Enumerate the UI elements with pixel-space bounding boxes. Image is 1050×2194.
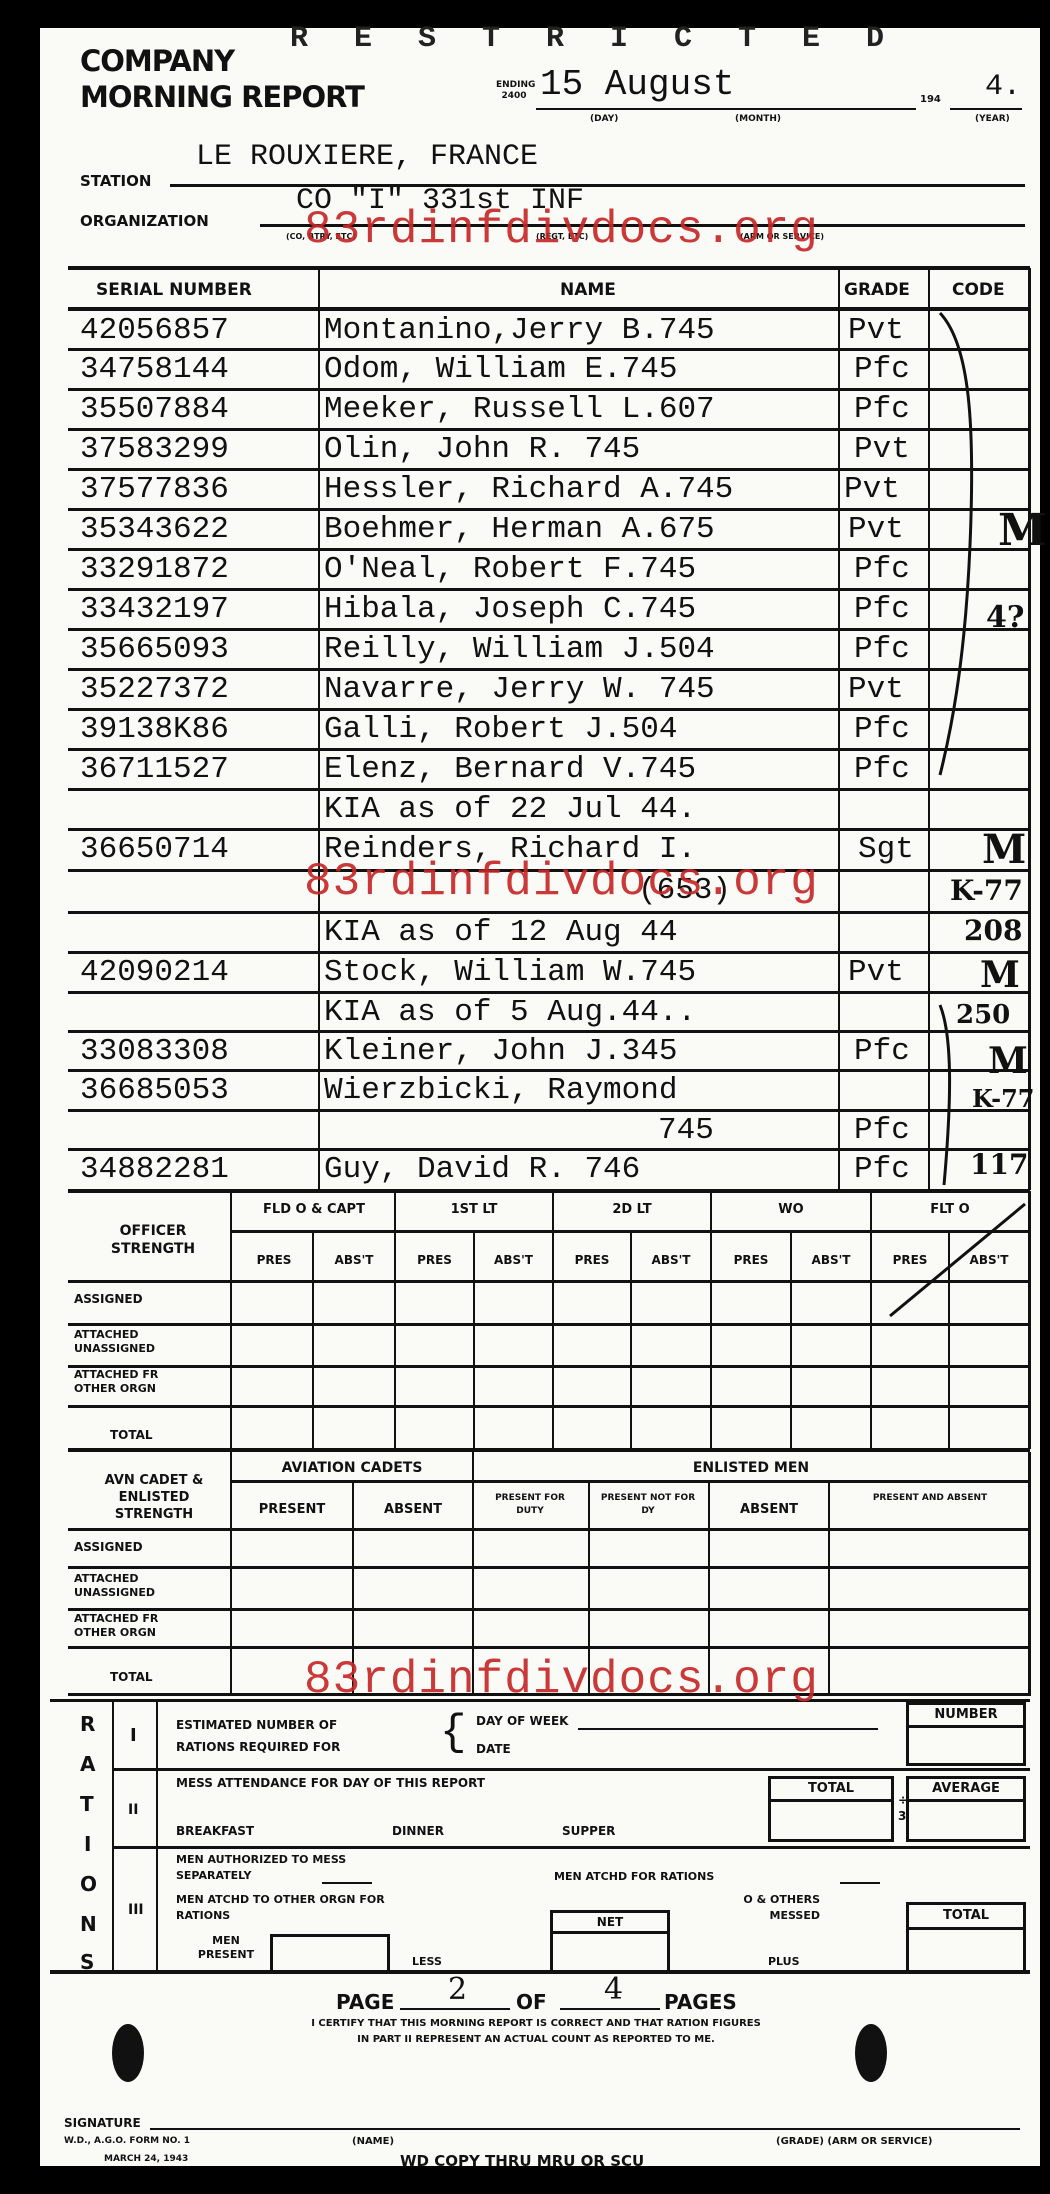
serial-cell: 37583299 — [80, 430, 320, 469]
table-row: 33083308Kleiner, John J.345Pfc — [68, 1032, 1030, 1071]
part1-label: ESTIMATED NUMBER OF RATIONS REQUIRED FOR — [176, 1714, 386, 1758]
day-of-week-label: DAY OF WEEK — [476, 1714, 568, 1728]
average-label: AVERAGE — [909, 1779, 1023, 1802]
table-row: KIA as of 12 Aug 44 — [68, 913, 1030, 952]
pres-header: PRES — [554, 1253, 630, 1267]
total-label: TOTAL — [771, 1779, 891, 1802]
rations-total-label: TOTAL — [909, 1905, 1023, 1930]
col-header-code: CODE — [952, 280, 1005, 300]
station-label: STATION — [80, 172, 151, 190]
rations-rule — [112, 1768, 1030, 1771]
code-mark-squiggle: 4? — [986, 600, 1024, 635]
men-authorized-label: MEN AUTHORIZED TO MESS SEPARATELY — [176, 1852, 396, 1884]
present-and-absent-header: PRESENT AND ABSENT — [860, 1492, 1000, 1505]
serial-cell — [80, 790, 320, 829]
name-cell: Reilly, William J.504 — [324, 630, 844, 669]
col-header-name: NAME — [560, 280, 616, 300]
supper-label: SUPPER — [562, 1824, 615, 1838]
table-row: 35343622Boehmer, Herman A.675Pvt — [68, 510, 1030, 549]
abst-header: ABS'T — [475, 1253, 552, 1267]
year-prefix: 194 — [920, 94, 941, 105]
part3-numeral: III — [128, 1902, 144, 1918]
code-mark-k77: K-77 — [972, 1084, 1034, 1113]
dinner-label: DINNER — [392, 1824, 444, 1838]
grade-caption: (GRADE) (ARM OR SERVICE) — [776, 2136, 932, 2147]
table-row: 33432197Hibala, Joseph C.745Pfc — [68, 590, 1030, 629]
roster-rule — [68, 1148, 1030, 1151]
classification-stamp: R E S T R I C T E D — [290, 22, 898, 56]
name-cell: 745 — [658, 1111, 838, 1150]
name-cell: Guy, David R. 746 — [324, 1150, 844, 1189]
serial-cell: 35665093 — [80, 630, 320, 669]
roster-rule — [68, 991, 1030, 994]
table-row: 35665093Reilly, William J.504Pfc — [68, 630, 1030, 669]
enlisted-row-attached-fr-other: ATTACHED FR OTHER ORGN — [74, 1612, 204, 1640]
report-date: 15 August — [540, 64, 734, 105]
plus-label: PLUS — [768, 1955, 800, 1968]
serial-cell: 42056857 — [80, 311, 320, 350]
roster-rule — [68, 951, 1030, 954]
name-cell: Navarre, Jerry W. 745 — [324, 670, 844, 709]
grade-cell: Pvt — [848, 311, 938, 350]
name-cell: Meeker, Russell L.607 — [324, 390, 844, 429]
roster-rule — [68, 348, 1030, 351]
men-atchd-for-rations-label: MEN ATCHD FOR RATIONS — [554, 1870, 714, 1883]
rations-bottom-border — [50, 1970, 1030, 1974]
name-cell: Hessler, Richard A.745 — [324, 470, 844, 509]
rations-side-r: R — [80, 1712, 95, 1736]
report-year: 4. — [985, 70, 1021, 104]
serial-cell: 33291872 — [80, 550, 320, 589]
name-cell: Stock, William W.745 — [324, 953, 844, 992]
roster-rule — [68, 468, 1030, 471]
enlisted-rule — [68, 1528, 1030, 1531]
name-cell: Wierzbicki, Raymond — [324, 1071, 844, 1110]
of-label: OF — [516, 1990, 547, 2014]
table-row: 745Pfc — [68, 1111, 1030, 1150]
pres-header: PRES — [236, 1253, 312, 1267]
part2-label: MESS ATTENDANCE FOR DAY OF THIS REPORT — [176, 1776, 485, 1790]
certification-text: I CERTIFY THAT THIS MORNING REPORT IS CO… — [306, 2016, 766, 2048]
total-pages-value: 4 — [604, 1972, 623, 2007]
enlisted-rule — [68, 1646, 1030, 1649]
enlisted-row-assigned: ASSIGNED — [74, 1540, 143, 1554]
name-cell: Galli, Robert J.504 — [324, 710, 844, 749]
table-row: 37577836Hessler, Richard A.745Pvt — [68, 470, 1030, 509]
serial-cell: 33083308 — [80, 1032, 320, 1071]
rations-side-divider — [112, 1702, 114, 1972]
name-cell: Boehmer, Herman A.675 — [324, 510, 844, 549]
enlisted-col — [230, 1452, 232, 1696]
grade-cell: Pvt — [848, 953, 938, 992]
rations-side-i: I — [84, 1832, 91, 1856]
pages-label: PAGES — [664, 1990, 737, 2014]
cadets-present-header: PRESENT — [232, 1502, 352, 1517]
table-row: 42056857Montanino,Jerry B.745Pvt — [68, 311, 1030, 350]
copy-routing-note: WD COPY THRU MRU OR SCU — [400, 2152, 644, 2170]
officer-group-2d-lt: 2D LT — [554, 1202, 710, 1217]
table-row: 34882281Guy, David R. 746Pfc — [68, 1150, 1030, 1189]
roster-rule — [68, 911, 1030, 914]
table-row: KIA as of 5 Aug.44.. — [68, 993, 1030, 1032]
day-of-week-line — [578, 1728, 878, 1730]
serial-cell — [80, 871, 320, 910]
rations-side-t: T — [80, 1792, 94, 1816]
form-date: MARCH 24, 1943 — [104, 2154, 188, 2164]
signature-line[interactable] — [150, 2128, 1020, 2130]
table-row: KIA as of 22 Jul 44. — [68, 790, 1030, 829]
serial-cell — [80, 993, 320, 1032]
present-for-duty-header: PRESENT FOR DUTY — [480, 1492, 580, 1518]
code-mark-117: 117 — [970, 1148, 1028, 1181]
part1-numeral: I — [130, 1725, 137, 1746]
code-mark-250: 250 — [956, 1000, 1010, 1030]
brace-icon: { — [440, 1708, 466, 1758]
code-mark-m: M — [980, 954, 1020, 996]
enlisted-rule — [68, 1608, 1030, 1611]
roster-rule — [68, 628, 1030, 631]
abst-header: ABS'T — [314, 1253, 394, 1267]
col-header-grade: GRADE — [844, 280, 910, 300]
roster-top-border — [68, 266, 1030, 270]
others-messed-label: O & OTHERS MESSED — [700, 1892, 820, 1924]
group-enlisted-men: ENLISTED MEN — [474, 1460, 1028, 1476]
men-present-box[interactable] — [270, 1934, 390, 1972]
grade-cell: Pvt — [848, 510, 938, 549]
rations-rule — [112, 1846, 1030, 1849]
roster-rule — [68, 388, 1030, 391]
roster-rule — [68, 668, 1030, 671]
year-line — [950, 108, 1022, 110]
roster-rule — [68, 1109, 1030, 1112]
serial-cell: 42090214 — [80, 953, 320, 992]
grade-cell: Pvt — [848, 670, 938, 709]
form-title-morning-report: MORNING REPORT — [80, 80, 364, 114]
name-cell: Odom, William E.745 — [324, 350, 844, 389]
roster-rule — [68, 748, 1030, 751]
officer-group-wo: WO — [712, 1202, 870, 1217]
serial-cell — [80, 1111, 320, 1150]
table-row: 35227372Navarre, Jerry W. 745Pvt — [68, 670, 1030, 709]
form-title-company: COMPANY — [80, 44, 234, 78]
men-present-label: MEN PRESENT — [186, 1934, 266, 1962]
rations-side-o: O — [80, 1872, 97, 1896]
total-pages-line — [560, 2008, 660, 2010]
number-label: NUMBER — [909, 1705, 1023, 1728]
page-number-line — [400, 2008, 510, 2010]
roster-rule — [68, 548, 1030, 551]
station-value: LE ROUXIERE, FRANCE — [196, 140, 538, 174]
form-number: W.D., A.G.O. FORM NO. 1 — [64, 2136, 190, 2146]
date-line — [536, 108, 916, 110]
watermark-top: 83rdinfdivdocs.org — [304, 204, 819, 256]
watermark-bottom: 83rdinfdivdocs.org — [304, 1654, 819, 1706]
serial-cell: 34758144 — [80, 350, 320, 389]
name-cell: Kleiner, John J.345 — [324, 1032, 844, 1071]
serial-cell: 35343622 — [80, 510, 320, 549]
average-box[interactable]: AVERAGE — [906, 1776, 1026, 1842]
total-box[interactable]: TOTAL — [768, 1776, 894, 1842]
rations-total-box[interactable]: TOTAL — [906, 1902, 1026, 1972]
name-cell: Montanino,Jerry B.745 — [324, 311, 844, 350]
watermark-middle: 83rdinfdivdocs.org — [304, 856, 819, 908]
enlisted-rule — [68, 1566, 1030, 1569]
enlisted-row-total: TOTAL — [110, 1670, 153, 1684]
serial-cell: 36650714 — [80, 830, 320, 869]
officer-rule — [68, 1365, 1030, 1368]
table-row: 35507884Meeker, Russell L.607Pfc — [68, 390, 1030, 429]
serial-cell: 36685053 — [80, 1071, 320, 1110]
enlisted-subheader-line — [230, 1480, 1030, 1483]
serial-cell — [80, 913, 320, 952]
code-mark-m: M — [998, 505, 1047, 556]
roster-rule — [68, 508, 1030, 511]
enlisted-absent-header: ABSENT — [710, 1502, 828, 1517]
officer-row-attached-unassigned: ATTACHED UNASSIGNED — [74, 1328, 204, 1356]
rations-numeral-divider — [156, 1702, 158, 1972]
ending-label: ENDING 2400 — [496, 80, 532, 102]
col-header-serial: SERIAL NUMBER — [96, 280, 252, 300]
strike-through-mark-icon — [880, 1200, 1030, 1320]
roster-rule — [68, 588, 1030, 591]
breakfast-label: BREAKFAST — [176, 1824, 254, 1838]
roster-rule — [68, 708, 1030, 711]
serial-cell: 34882281 — [80, 1150, 320, 1189]
rations-side-a: A — [80, 1752, 95, 1776]
signature-label: SIGNATURE — [64, 2116, 141, 2130]
roster-bottom-border — [68, 1189, 1030, 1193]
rations-side-n: N — [80, 1912, 97, 1936]
table-row: 34758144Odom, William E.745Pfc — [68, 350, 1030, 389]
officer-group-1st-lt: 1ST LT — [396, 1202, 552, 1217]
enlisted-col — [828, 1480, 830, 1696]
officer-strength-title: OFFICER STRENGTH — [88, 1222, 218, 1258]
code-mark-m: M — [988, 1040, 1028, 1082]
code-mark-m: M — [982, 826, 1026, 873]
name-cell: KIA as of 22 Jul 44. — [324, 790, 844, 829]
name-caption: (NAME) — [352, 2136, 394, 2147]
day-caption: (DAY) — [590, 114, 618, 124]
table-row: 39138K86Galli, Robert J.504Pfc — [68, 710, 1030, 749]
mess-separately-line — [322, 1882, 372, 1884]
name-cell: KIA as of 12 Aug 44 — [324, 913, 844, 952]
atchd-for-rations-line — [840, 1882, 880, 1884]
men-atchd-other-label: MEN ATCHD TO OTHER ORGN FOR RATIONS — [176, 1892, 416, 1924]
roster-rule — [68, 788, 1030, 791]
net-box[interactable]: NET — [550, 1910, 670, 1972]
name-cell: Olin, John R. 745 — [324, 430, 844, 469]
code-mark-208: 208 — [964, 914, 1022, 947]
serial-cell: 36711527 — [80, 750, 320, 789]
table-row: 37583299Olin, John R. 745Pvt — [68, 430, 1030, 469]
table-row: 42090214Stock, William W.745Pvt — [68, 953, 1030, 992]
group-aviation-cadets: AVIATION CADETS — [232, 1460, 472, 1476]
date-label: DATE — [476, 1742, 511, 1756]
serial-cell: 39138K86 — [80, 710, 320, 749]
officer-rule — [68, 1323, 1030, 1326]
pres-header: PRES — [712, 1253, 790, 1267]
table-row: 33291872O'Neal, Robert F.745Pfc — [68, 550, 1030, 589]
month-caption: (MONTH) — [735, 114, 781, 124]
table-row: 36711527Elenz, Bernard V.745Pfc — [68, 750, 1030, 789]
page-number-value: 2 — [448, 1972, 467, 2007]
grade-cell: Pvt — [844, 470, 934, 509]
pres-header: PRES — [396, 1253, 473, 1267]
serial-cell: 37577836 — [80, 470, 320, 509]
officer-group-fld-o-capt: FLD O & CAPT — [234, 1202, 394, 1217]
serial-cell: 33432197 — [80, 590, 320, 629]
name-cell: Elenz, Bernard V.745 — [324, 750, 844, 789]
abst-header: ABS'T — [792, 1253, 870, 1267]
enlisted-strength-title: AVN CADET & ENLISTED STRENGTH — [84, 1472, 224, 1523]
punch-hole-right — [855, 2024, 887, 2082]
serial-cell: 35227372 — [80, 670, 320, 709]
part2-numeral: II — [128, 1802, 138, 1818]
roster-rule — [68, 828, 1030, 831]
name-cell: Hibala, Joseph C.745 — [324, 590, 844, 629]
net-label: NET — [553, 1913, 667, 1934]
present-not-for-duty-header: PRESENT NOT FOR DY — [596, 1492, 700, 1518]
organization-label: ORGANIZATION — [80, 212, 209, 230]
officer-rule — [68, 1405, 1030, 1408]
table-row: 36685053Wierzbicki, Raymond — [68, 1071, 1030, 1110]
officer-bottom-border — [68, 1448, 1030, 1452]
officer-row-assigned: ASSIGNED — [74, 1292, 143, 1306]
abst-header: ABS'T — [632, 1253, 710, 1267]
officer-row-total: TOTAL — [110, 1428, 153, 1442]
year-caption: (YEAR) — [975, 114, 1010, 124]
roster-rule — [68, 1030, 1030, 1033]
cadets-absent-header: ABSENT — [354, 1502, 472, 1517]
name-cell: KIA as of 5 Aug.44.. — [324, 993, 884, 1032]
serial-cell: 35507884 — [80, 390, 320, 429]
officer-row-attached-fr-other: ATTACHED FR OTHER ORGN — [74, 1368, 204, 1396]
roster-rule — [68, 428, 1030, 431]
code-mark-k77: K-77 — [950, 874, 1023, 907]
enlisted-right-border — [1028, 1452, 1031, 1696]
number-box[interactable]: NUMBER — [906, 1702, 1026, 1766]
roster-rule — [68, 1069, 1030, 1072]
enlisted-row-attached-unassigned: ATTACHED UNASSIGNED — [74, 1572, 204, 1600]
punch-hole-left — [112, 2024, 144, 2082]
name-cell: O'Neal, Robert F.745 — [324, 550, 844, 589]
less-label: LESS — [412, 1955, 442, 1968]
page-label: PAGE — [336, 1990, 394, 2014]
